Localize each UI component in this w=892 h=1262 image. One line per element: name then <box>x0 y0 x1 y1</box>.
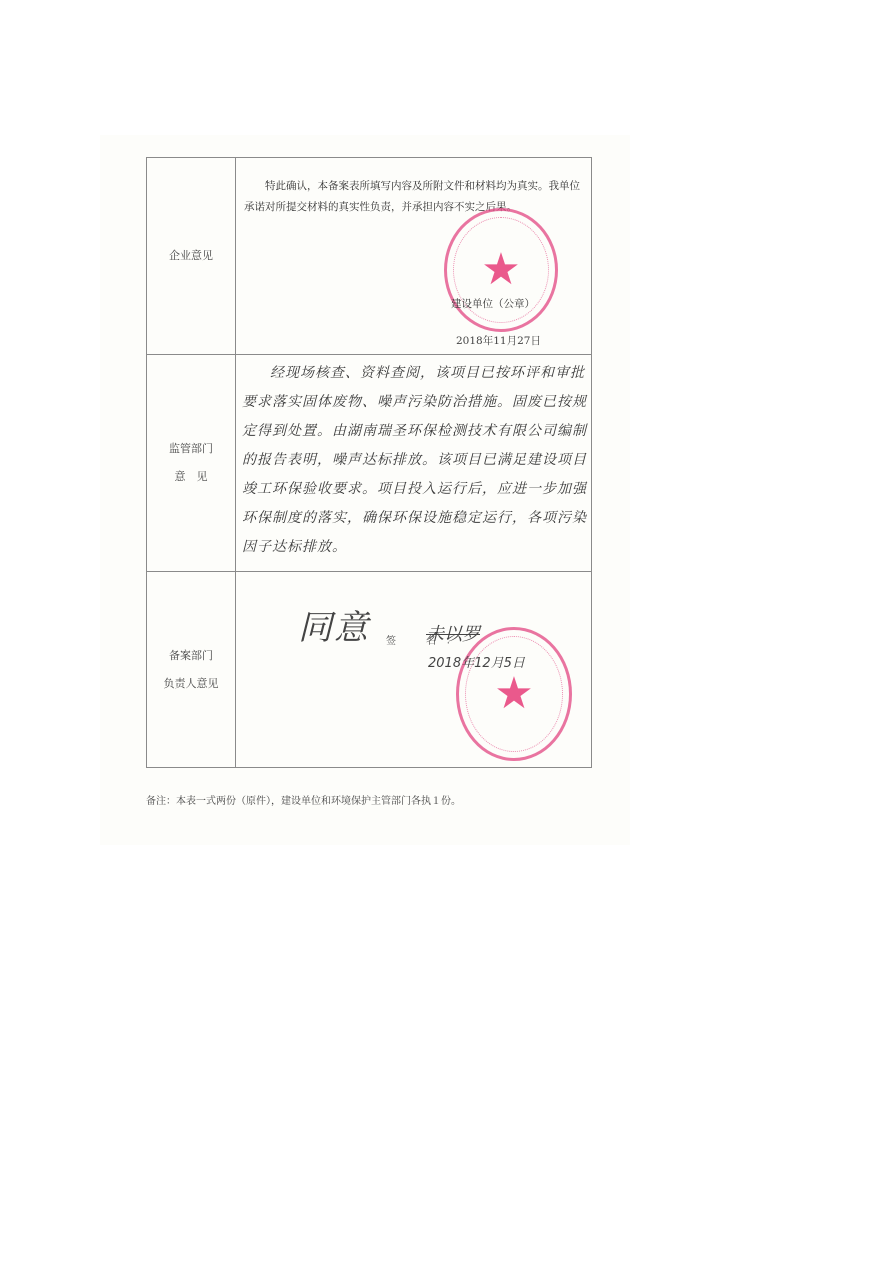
enterprise-opinion-content: 特此确认，本备案表所填写内容及所附文件和材料均为真实。我单位承诺对所提交材料的真… <box>236 158 592 355</box>
filing-label-line1: 备案部门 <box>147 642 235 670</box>
filing-opinion-label: 备案部门 负责人意见 <box>147 572 236 768</box>
regulator-label-line1: 监管部门 <box>147 435 235 463</box>
table-row-filing-opinion: 备案部门 负责人意见 同意 ★ 签 名： 未以罗 2018年12月5日 <box>147 572 592 768</box>
handwritten-signature: 未以罗 <box>426 620 480 646</box>
filing-date: 2018年12月5日 <box>428 652 525 671</box>
handwritten-regulator-opinion: 经现场核查、资料查阅，该项目已按环评和审批要求落实固体废物、噪声污染防治措施。固… <box>242 359 587 562</box>
filing-label-line2: 负责人意见 <box>147 670 235 698</box>
scanned-page: 企业意见 特此确认，本备案表所填写内容及所附文件和材料均为真实。我单位承诺对所提… <box>100 135 630 845</box>
regulator-label-line2: 意 见 <box>147 463 235 491</box>
filing-opinion-content: 同意 ★ 签 名： 未以罗 2018年12月5日 <box>236 572 592 768</box>
handwritten-agree: 同意 <box>298 600 370 649</box>
footnote: 备注：本表一式两份（原件），建设单位和环境保护主管部门各执１份。 <box>146 792 461 807</box>
table-row-regulator-opinion: 监管部门 意 见 经现场核查、资料查阅，该项目已按环评和审批要求落实固体废物、噪… <box>147 355 592 572</box>
bureau-seal-stamp: ★ <box>456 627 572 761</box>
confirmation-statement: 特此确认，本备案表所填写内容及所附文件和材料均为真实。我单位承诺对所提交材料的真… <box>244 176 585 218</box>
regulator-opinion-content: 经现场核查、资料查阅，该项目已按环评和审批要求落实固体废物、噪声污染防治措施。固… <box>236 355 592 572</box>
filing-form-table: 企业意见 特此确认，本备案表所填写内容及所附文件和材料均为真实。我单位承诺对所提… <box>146 157 592 768</box>
regulator-opinion-label: 监管部门 意 见 <box>147 355 236 572</box>
seal-label: 建设单位（公章） <box>451 296 535 311</box>
table-row-enterprise-opinion: 企业意见 特此确认，本备案表所填写内容及所附文件和材料均为真实。我单位承诺对所提… <box>147 158 592 355</box>
company-seal-stamp: ★ <box>444 208 558 332</box>
enterprise-date: 2018年11月27日 <box>456 333 541 348</box>
enterprise-opinion-label: 企业意见 <box>147 158 236 355</box>
